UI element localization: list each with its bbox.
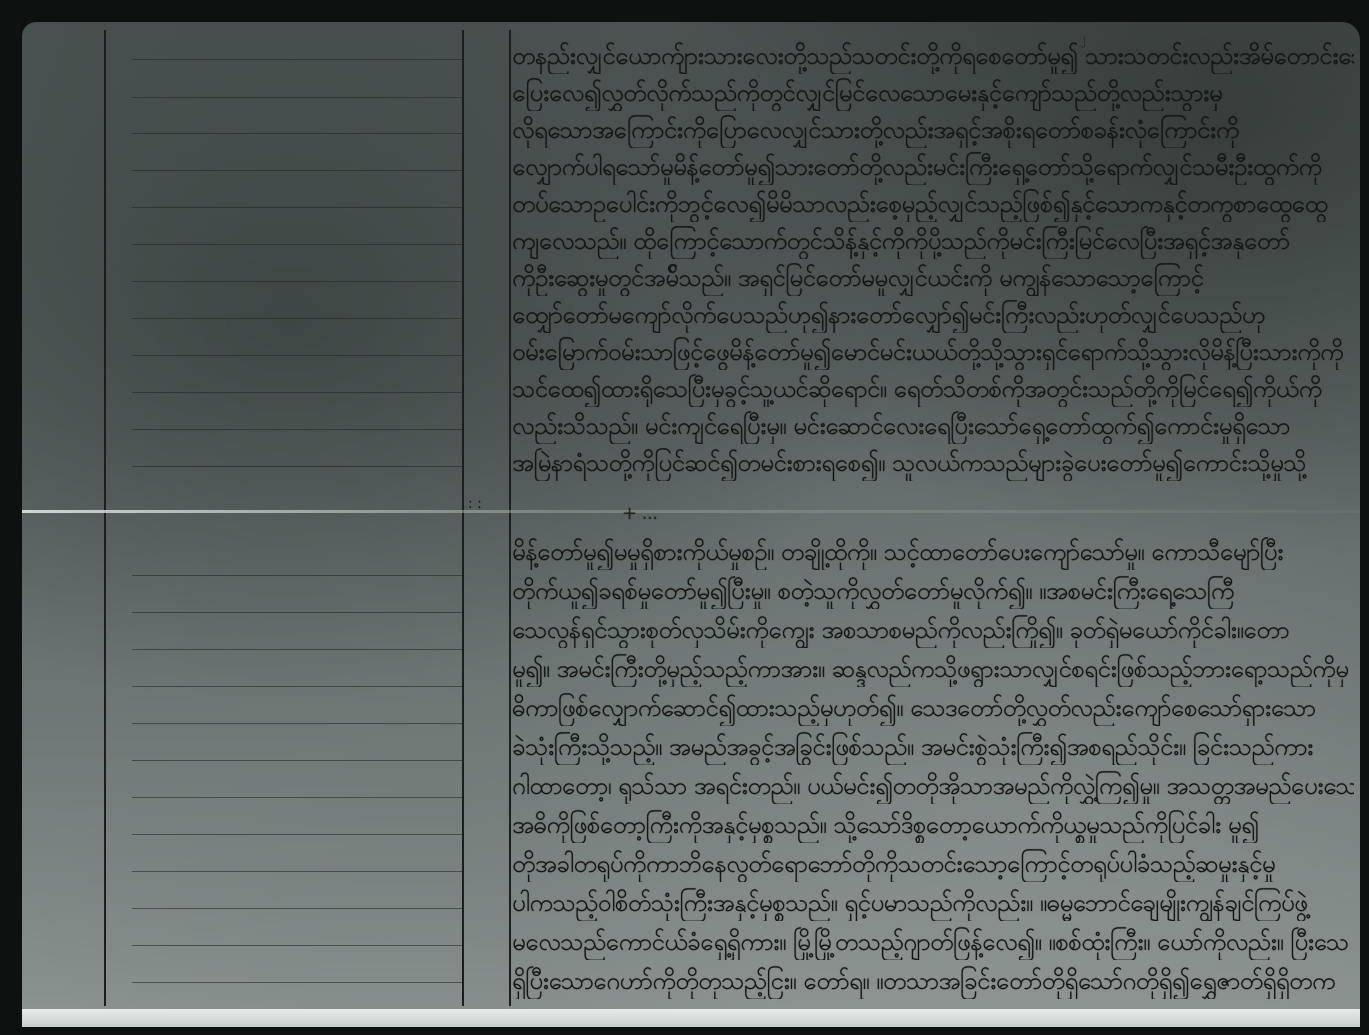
text-line: တိုက်ယူ၍ခရစ်မှုတော်မူ၍ပြီးမှု။ စတဲ့သူကို… bbox=[512, 573, 1354, 609]
text-line: ကျလေသည်။ ထိုကြောင့်သောက်တွင်သိန့်နှင့်ကိ… bbox=[512, 223, 1354, 259]
text-line: တနည်းလျှင်ယောက်ျားသားလေးတို့သည်သတင်းတို့… bbox=[512, 38, 1354, 74]
text-line: အမြဲနာရံသတို့ကိုပြင်ဆင်၍တမင်းစားရစေ၍။ သူ… bbox=[512, 445, 1354, 481]
text-line: ထျှော်တော်မကျော်လိုက်ပေသည်ဟု၍နားတော်လျှေ… bbox=[512, 297, 1354, 333]
text-line: သင်ထေ၍ထားရိုသေပြီးမှခွင့်သူ့ယင်ဆိုရောင်။… bbox=[512, 371, 1354, 407]
left-margin-line bbox=[104, 30, 106, 1006]
bottom-edge-strip bbox=[22, 1009, 1360, 1027]
ruled-line bbox=[132, 649, 462, 650]
ruled-line bbox=[132, 760, 462, 761]
interline-note: + ... bbox=[622, 496, 1354, 532]
text-line: ကိုဦးဆွေးမှုတွင်အမ်ိသည်။ အရှင်မြင်တော်မမ… bbox=[512, 260, 1354, 296]
ruled-line bbox=[132, 133, 462, 134]
ruled-line bbox=[132, 871, 462, 872]
text-line: အဓိကိုဖြစ်တော့ကြီးကိုအနှင့်မှစ္စသည်။ သို… bbox=[512, 807, 1354, 843]
manuscript-sheet: : : ၂ တနည်းလျှင်ယောက်ျားသားလေးတို့သည်သတင… bbox=[22, 22, 1360, 1012]
ruled-line bbox=[132, 429, 462, 430]
ruled-line bbox=[132, 797, 462, 798]
ruled-line bbox=[132, 982, 462, 983]
manuscript-text: တနည်းလျှင်ယောက်ျားသားလေးတို့သည်သတင်းတို့… bbox=[512, 28, 1354, 1008]
ruled-line bbox=[132, 170, 462, 171]
text-line: မိန့်တော်မူ၍မမှုရှိစားကိုယ်မှုစဉ်။ တချို… bbox=[512, 534, 1354, 570]
ruled-line bbox=[132, 686, 462, 687]
text-line: ဂါထာတော့၊ ရုသ်သာ အရင်းတည်။ ပယ်မင်း၍တတိုအ… bbox=[512, 768, 1354, 804]
text-line: ဝမ်းမြောက်ဝမ်းသာဖြင့်ဖွေမိန့်တော်မူ၍မောင… bbox=[512, 334, 1354, 370]
ruled-line bbox=[132, 392, 462, 393]
text-line: လည်းသိသည်။ မင်းကျင်ရေပြီးမှ။ မင်းဆောင်လေ… bbox=[512, 408, 1354, 444]
ruled-line bbox=[132, 834, 462, 835]
text-line: မူ၍။ အမင်းကြီးတို့မှည့်သည့်ကာအား။ ဆန္ဒလည… bbox=[512, 651, 1354, 687]
text-margin-line bbox=[509, 30, 511, 1006]
text-line: ပြေးလေ၍လွှတ်လိုက်သည်ကိုတွင်လျှင်မြင်လေသေ… bbox=[512, 75, 1354, 111]
ruled-line bbox=[132, 59, 462, 60]
text-line: တပ်သောဥပေါင်းကိုဘွင့်လေ၍မိမိသာလည်းစေ့မှည… bbox=[512, 186, 1354, 222]
text-line: ရှိပြီးသောဂေဟာ်ကိုတိုတုသည့်ငြး။ တော်ရ။ ။… bbox=[512, 963, 1354, 999]
text-line: လိုရသောအကြောင်းကိုပြောလေလျှင်သားတို့လည်း… bbox=[512, 112, 1354, 148]
ruled-line bbox=[132, 97, 462, 98]
center-margin-line bbox=[462, 30, 464, 1006]
text-line: မလေသည်ကောင်ယ်ခံရှေ့ရှိကား။ မြို့မြို့တသည… bbox=[512, 924, 1354, 960]
ruled-line bbox=[132, 318, 462, 319]
ruled-line bbox=[132, 207, 462, 208]
ruled-line bbox=[132, 466, 462, 467]
ruled-line bbox=[132, 244, 462, 245]
ruled-line bbox=[132, 281, 462, 282]
ruled-line bbox=[132, 355, 462, 356]
ruled-line bbox=[132, 945, 462, 946]
text-line: သေလွန်ရှင်သွားစုတ်လှသိမ်းကိုကျွေး အစသာစမ… bbox=[512, 612, 1354, 648]
text-line: ဓိကာဖြစ်လျှောက်ဆောင်၍ထားသည့်မှဟုတ်၍။ သေဒ… bbox=[512, 690, 1354, 726]
text-line: တိုအခါတရုပ်ကိုကာဘိနေလွတ်ရောဘော်တိုကိုသတင… bbox=[512, 846, 1354, 882]
ruled-line bbox=[132, 908, 462, 909]
text-line: ခဲသုံးကြီးသို့သည့်။ အမည်အခွင့်အခြွင်းဖြစ… bbox=[512, 729, 1354, 765]
ruled-line bbox=[132, 575, 462, 576]
text-line: ပါကသည့်ဝါစိတ်သုံးကြီးအနှင့်မှစ္စသည်။ ရှင… bbox=[512, 885, 1354, 921]
ruled-line bbox=[132, 612, 462, 613]
text-line: လျှောက်ပါရသော်မူမိန့်တော်မူ၍သားတော်တို့လ… bbox=[512, 149, 1354, 185]
ruled-line bbox=[132, 723, 462, 724]
